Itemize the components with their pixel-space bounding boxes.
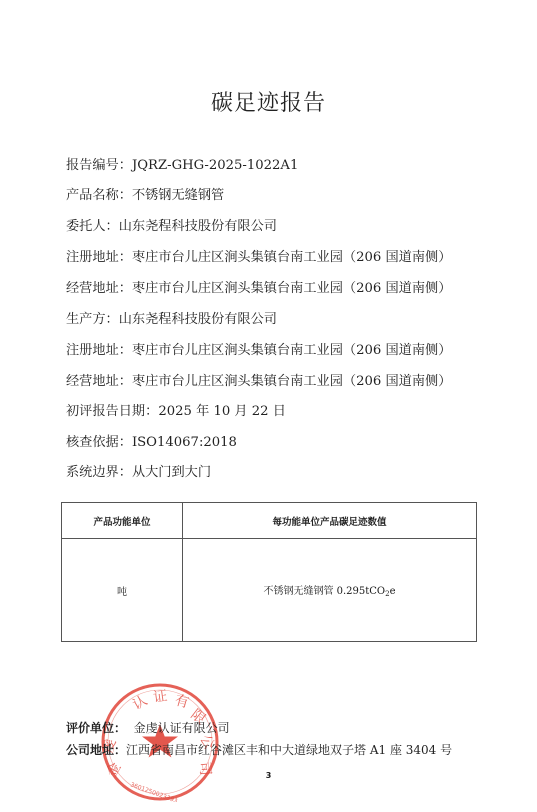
field-value: 不锈钢无缝钢管 [132,188,224,203]
field-value: JQRZ-GHG-2025-1022A1 [132,158,298,173]
field-value: 枣庄市台儿庄区涧头集镇台南工业园（206 国道南侧） [132,250,452,265]
field-label: 注册地址： [66,343,132,358]
evaluator-value: 金虔认证有限公司 [134,721,230,735]
field-label: 产品名称： [66,188,132,203]
field-product-name: 产品名称：不锈钢无缝钢管 [66,184,224,203]
field-verification-basis: 核查依据：ISO14067:2018 [66,431,237,450]
footprint-value-text: 不锈钢无缝钢管 0.295tCO [263,586,385,597]
field-producer: 生产方：山东尧程科技股份有限公司 [66,308,277,327]
field-client: 委托人：山东尧程科技股份有限公司 [66,215,277,234]
page-number: 3 [0,771,537,780]
field-value: 山东尧程科技股份有限公司 [119,312,277,327]
document-page: 碳足迹报告 报告编号：JQRZ-GHG-2025-1022A1 产品名称：不锈钢… [0,0,537,812]
svg-text:认: 认 [130,693,150,714]
field-client-business-address: 经营地址：枣庄市台儿庄区涧头集镇台南工业园（206 国道南侧） [66,277,451,296]
field-label: 核查依据： [66,435,132,450]
svg-text:有: 有 [173,692,191,711]
field-value: 从大门到大门 [132,465,211,480]
field-label: 报告编号： [66,158,132,173]
field-value: 枣庄市台儿庄区涧头集镇台南工业园（206 国道南侧） [132,343,452,358]
field-value: 2025 年 10 月 22 日 [158,404,286,419]
field-value: 枣庄市台儿庄区涧头集镇台南工业园（206 国道南侧） [132,281,452,296]
field-label: 生产方： [66,312,119,327]
field-label: 经营地址： [66,374,132,389]
field-report-number: 报告编号：JQRZ-GHG-2025-1022A1 [66,154,298,173]
evaluator-label: 评价单位： [66,721,126,735]
address-label: 公司地址： [66,743,126,757]
column-header-footprint-value: 每功能单位产品碳足迹数值 [183,503,477,539]
cell-functional-unit: 吨 [62,539,183,642]
page-title: 碳足迹报告 [0,86,537,117]
carbon-footprint-table: 产品功能单位 每功能单位产品碳足迹数值 吨 不锈钢无缝钢管 0.295tCO2e [61,502,477,642]
cell-footprint-value: 不锈钢无缝钢管 0.295tCO2e [183,539,477,642]
field-label: 委托人： [66,219,119,234]
field-client-registered-address: 注册地址：枣庄市台儿庄区涧头集镇台南工业园（206 国道南侧） [66,246,451,265]
evaluator-line: 评价单位： 金虔认证有限公司 [66,719,230,736]
field-producer-registered-address: 注册地址：枣庄市台儿庄区涧头集镇台南工业园（206 国道南侧） [66,339,451,358]
field-value: ISO14067:2018 [132,435,237,450]
table-row: 吨 不锈钢无缝钢管 0.295tCO2e [62,539,477,642]
field-value: 山东尧程科技股份有限公司 [119,219,277,234]
table-header-row: 产品功能单位 每功能单位产品碳足迹数值 [62,503,477,539]
field-label: 注册地址： [66,250,132,265]
field-label: 系统边界： [66,465,132,480]
field-initial-report-date: 初评报告日期：2025 年 10 月 22 日 [66,400,286,419]
field-label: 经营地址： [66,281,132,296]
field-label: 初评报告日期： [66,404,158,419]
footprint-suffix: e [390,586,396,597]
field-producer-business-address: 经营地址：枣庄市台儿庄区涧头集镇台南工业园（206 国道南侧） [66,370,451,389]
field-system-boundary: 系统边界：从大门到大门 [66,461,211,480]
column-header-functional-unit: 产品功能单位 [62,503,183,539]
field-value: 枣庄市台儿庄区涧头集镇台南工业园（206 国道南侧） [132,374,452,389]
address-value: 江西省南昌市红谷滩区丰和中大道绿地双子塔 A1 座 3404 号 [126,743,452,757]
svg-text:证: 证 [152,688,168,706]
company-address-line: 公司地址：江西省南昌市红谷滩区丰和中大道绿地双子塔 A1 座 3404 号 [66,741,452,758]
